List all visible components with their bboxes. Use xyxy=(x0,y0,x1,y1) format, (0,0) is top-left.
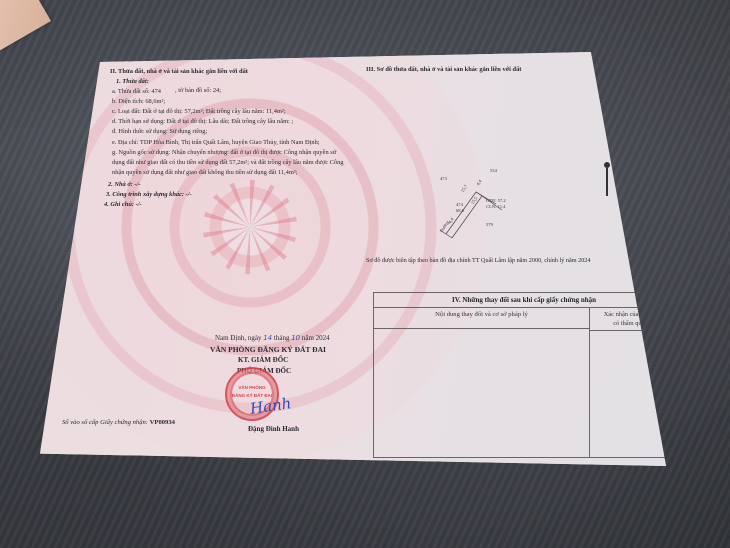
on-behalf-director: KT. GIÁM ĐỐC xyxy=(238,357,288,364)
parcel-label: 474 xyxy=(456,202,463,207)
section-ii-title: II. Thửa đất, nhà ở và tài sản khác gắn … xyxy=(110,69,248,75)
section-iii-title: III. Sơ đồ thửa đất, nhà ở và tài sản kh… xyxy=(366,67,521,73)
land-certificate-sheet: II. Thửa đất, nhà ở và tài sản khác gắn … xyxy=(40,52,666,466)
date-prefix: Nam Định, ngày xyxy=(215,334,261,342)
parcel-area-label: 68,6 xyxy=(456,208,464,213)
origin-line-3: nhận quyền sử dụng đất như giao đất khôn… xyxy=(112,170,297,176)
date-month: 10 xyxy=(291,334,300,342)
house-entry: 2. Nhà ở: -/- xyxy=(108,182,141,188)
parcel-outline xyxy=(438,164,528,244)
north-arrow-icon xyxy=(606,168,608,196)
date-day: 14 xyxy=(263,334,272,342)
month-label: tháng xyxy=(274,334,290,342)
neighbor-473: 473 xyxy=(440,176,447,181)
usage-term: d. Thời hạn sử dụng: Đất ở tại đô thị: L… xyxy=(112,119,293,125)
map-sheet-number: , tờ bản đồ số: 24; xyxy=(175,88,221,94)
issuing-office: VĂN PHÒNG ĐĂNG KÝ ĐẤT ĐAI xyxy=(210,346,326,354)
parcel-number: a. Thửa đất số: 474 xyxy=(112,89,161,95)
other-works-entry: 3. Công trình xây dựng khác: -/- xyxy=(106,192,192,198)
signer-name: Đặng Đình Hanh xyxy=(248,426,299,433)
address: e. Địa chỉ: TDP Hòa Bình, Thị trấn Quất … xyxy=(112,140,320,146)
changes-table-title: IV. Những thay đổi sau khi cấp giấy chứn… xyxy=(374,293,674,308)
map-source-note: Sơ đồ được biên tập theo bản đồ địa chín… xyxy=(366,258,590,264)
drum-star-watermark xyxy=(190,167,310,287)
parcel-area: b. Diện tích: 68,6m²; xyxy=(112,99,165,105)
sub-parcel-heading: 1. Thửa đất: xyxy=(116,79,149,85)
land-type: c. Loại đất: Đất ở tại đô thị: 57,2m²; Đ… xyxy=(112,109,286,115)
register-number: VP00934 xyxy=(150,419,175,426)
stamp-text-1: VĂN PHÒNG xyxy=(227,385,277,390)
changes-table: IV. Những thay đổi sau khi cấp giấy chứn… xyxy=(373,292,674,458)
changes-col-content: Nội dung thay đổi và cơ sở pháp lý xyxy=(374,308,590,329)
note-entry: 4. Ghi chú: -/- xyxy=(104,202,142,208)
register-number-line: Số vào sổ cấp Giấy chứng nhận: VP00934 xyxy=(62,420,175,427)
date-line: Nam Định, ngày 14 tháng 10 năm 2024 xyxy=(215,335,330,342)
cln-area: CLN: 11,4 xyxy=(486,204,505,209)
origin-line-2: dụng đất như giao đất có thu tiền sử dụn… xyxy=(112,160,344,166)
neighbor-579: 579 xyxy=(486,222,493,227)
table-divider xyxy=(589,328,590,457)
year-label: năm 2024 xyxy=(302,334,330,342)
register-label: Số vào sổ cấp Giấy chứng nhận: xyxy=(62,419,148,426)
parcel-diagram: 473 534 579 474 68,6 15,7 4,4 15,5 4,4 O… xyxy=(438,164,528,244)
origin-line-1: g. Nguồn gốc sử dụng: Nhận chuyển nhượng… xyxy=(112,150,336,156)
odt-area: ODT: 57,2 xyxy=(486,198,506,203)
neighbor-534: 534 xyxy=(490,168,497,173)
usage-form: đ. Hình thức sử dụng: Sử dụng riêng; xyxy=(112,129,207,135)
